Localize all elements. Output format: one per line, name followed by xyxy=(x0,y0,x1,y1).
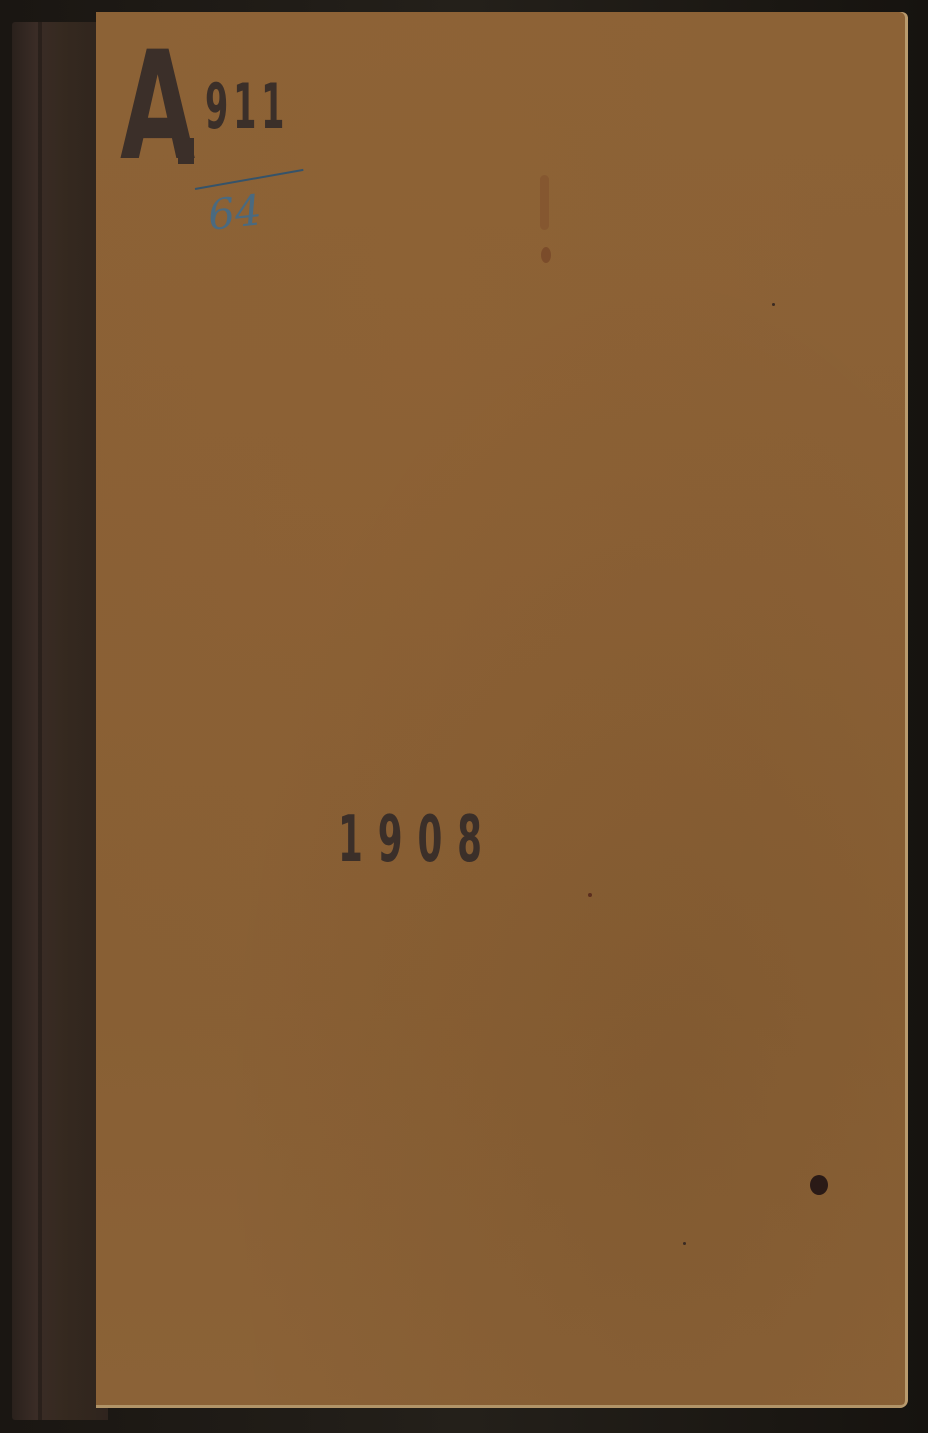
speck xyxy=(683,1242,686,1245)
speck xyxy=(588,893,592,897)
book-spine xyxy=(12,22,108,1420)
handwritten-number: 64 xyxy=(206,185,264,239)
stain-drop xyxy=(541,247,551,263)
spine-edge xyxy=(38,22,42,1420)
ink-dot xyxy=(810,1175,828,1195)
stain-drip xyxy=(540,175,549,230)
call-mark-number: 911 xyxy=(205,72,289,142)
call-mark-dot xyxy=(178,138,194,164)
speck xyxy=(772,303,775,306)
cover-year: 1908 xyxy=(338,800,497,880)
